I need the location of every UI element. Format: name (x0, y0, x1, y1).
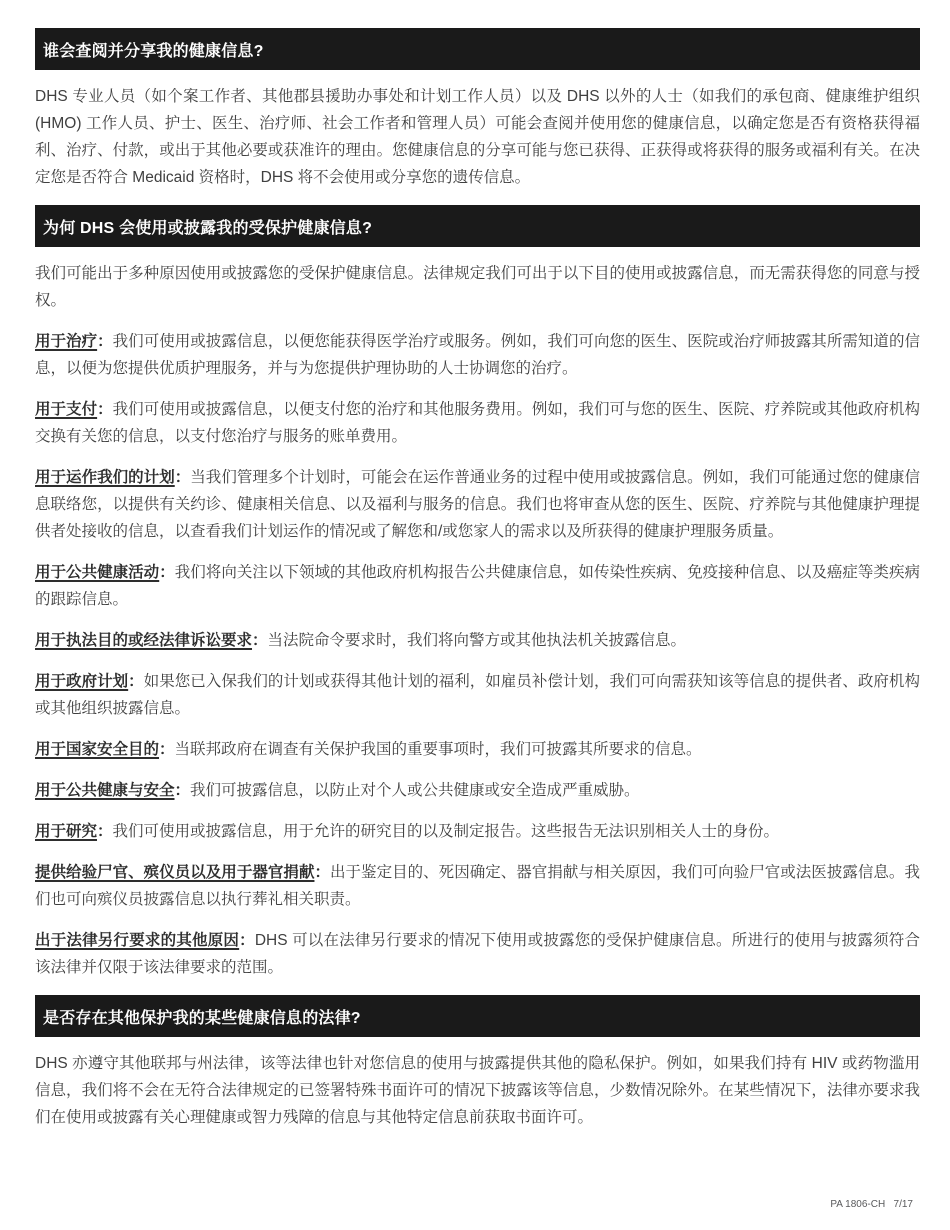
purpose-paragraph: 用于运作我们的计划：当我们管理多个计划时，可能会在运作普通业务的过程中使用或披露… (35, 464, 920, 545)
form-number-footer: PA 1806-CH 7/17 (830, 1199, 913, 1210)
purpose-paragraph: 用于政府计划：如果您已入保我们的计划或获得其他计划的福利，如雇员补偿计划，我们可… (35, 668, 920, 722)
purpose-lead-label: 用于研究： (35, 823, 113, 840)
document-page: 谁会查阅并分享我的健康信息?DHS 专业人员（如个案工作者、其他郡县援助办事处和… (0, 0, 950, 1230)
purpose-paragraph: 出于法律另行要求的其他原因：DHS 可以在法律另行要求的情况下使用或披露您的受保… (35, 927, 920, 981)
section-header-bar: 谁会查阅并分享我的健康信息? (35, 28, 920, 70)
purpose-paragraph: 用于治疗：我们可使用或披露信息，以便您能获得医学治疗或服务。例如，我们可向您的医… (35, 328, 920, 382)
purpose-lead-underlined-text: 用于国家安全目的 (35, 741, 159, 758)
purpose-lead-underlined-text: 用于研究 (35, 823, 97, 840)
purpose-lead-label: 提供给验尸官、殡仪员以及用于器官捐献： (35, 864, 330, 881)
purpose-paragraph: 提供给验尸官、殡仪员以及用于器官捐献：出于鉴定目的、死因确定、器官捐献与相关原因… (35, 859, 920, 913)
purpose-lead-underlined-text: 提供给验尸官、殡仪员以及用于器官捐献 (35, 864, 314, 881)
purpose-lead-label: 出于法律另行要求的其他原因： (35, 932, 255, 949)
purpose-lead-underlined-text: 出于法律另行要求的其他原因 (35, 932, 239, 949)
purpose-paragraph: 用于支付：我们可使用或披露信息，以便支付您的治疗和其他服务费用。例如，我们可与您… (35, 396, 920, 450)
section-header-bar: 是否存在其他保护我的某些健康信息的法律? (35, 995, 920, 1037)
purpose-lead-label: 用于治疗： (35, 333, 113, 350)
purpose-lead-underlined-text: 用于公共健康与安全 (35, 782, 175, 799)
body-paragraph: DHS 专业人员（如个案工作者、其他郡县援助办事处和计划工作人员）以及 DHS … (35, 83, 920, 191)
purpose-lead-label: 用于执法目的或经法律诉讼要求： (35, 632, 268, 649)
purpose-lead-label: 用于公共健康活动： (35, 564, 175, 581)
body-paragraph: 我们可能出于多种原因使用或披露您的受保护健康信息。法律规定我们可出于以下目的使用… (35, 260, 920, 314)
section-header-text: 是否存在其他保护我的某些健康信息的法律? (43, 1005, 361, 1028)
purpose-lead-underlined-text: 用于运作我们的计划 (35, 469, 175, 486)
section-header-text: 谁会查阅并分享我的健康信息? (43, 38, 264, 61)
purpose-lead-label: 用于公共健康与安全： (35, 782, 190, 799)
purpose-lead-label: 用于支付： (35, 401, 113, 418)
purpose-lead-label: 用于政府计划： (35, 673, 144, 690)
document-content: 谁会查阅并分享我的健康信息?DHS 专业人员（如个案工作者、其他郡县援助办事处和… (35, 28, 920, 1131)
purpose-paragraph: 用于国家安全目的：当联邦政府在调查有关保护我国的重要事项时，我们可披露其所要求的… (35, 736, 920, 763)
purpose-paragraph: 用于公共健康活动：我们将向关注以下领域的其他政府机构报告公共健康信息，如传染性疾… (35, 559, 920, 613)
purpose-lead-label: 用于运作我们的计划： (35, 469, 190, 486)
purpose-lead-underlined-text: 用于执法目的或经法律诉讼要求 (35, 632, 252, 649)
body-paragraph: DHS 亦遵守其他联邦与州法律，该等法律也针对您信息的使用与披露提供其他的隐私保… (35, 1050, 920, 1131)
purpose-paragraph: 用于执法目的或经法律诉讼要求：当法院命令要求时，我们将向警方或其他执法机关披露信… (35, 627, 920, 654)
section-header-text: 为何 DHS 会使用或披露我的受保护健康信息? (43, 215, 372, 238)
section-header-bar: 为何 DHS 会使用或披露我的受保护健康信息? (35, 205, 920, 247)
purpose-lead-underlined-text: 用于公共健康活动 (35, 564, 159, 581)
purpose-lead-underlined-text: 用于治疗 (35, 333, 97, 350)
purpose-lead-underlined-text: 用于政府计划 (35, 673, 128, 690)
purpose-lead-underlined-text: 用于支付 (35, 401, 97, 418)
purpose-lead-label: 用于国家安全目的： (35, 741, 175, 758)
purpose-paragraph: 用于研究：我们可使用或披露信息，用于允许的研究目的以及制定报告。这些报告无法识别… (35, 818, 920, 845)
purpose-paragraph: 用于公共健康与安全：我们可披露信息，以防止对个人或公共健康或安全造成严重威胁。 (35, 777, 920, 804)
